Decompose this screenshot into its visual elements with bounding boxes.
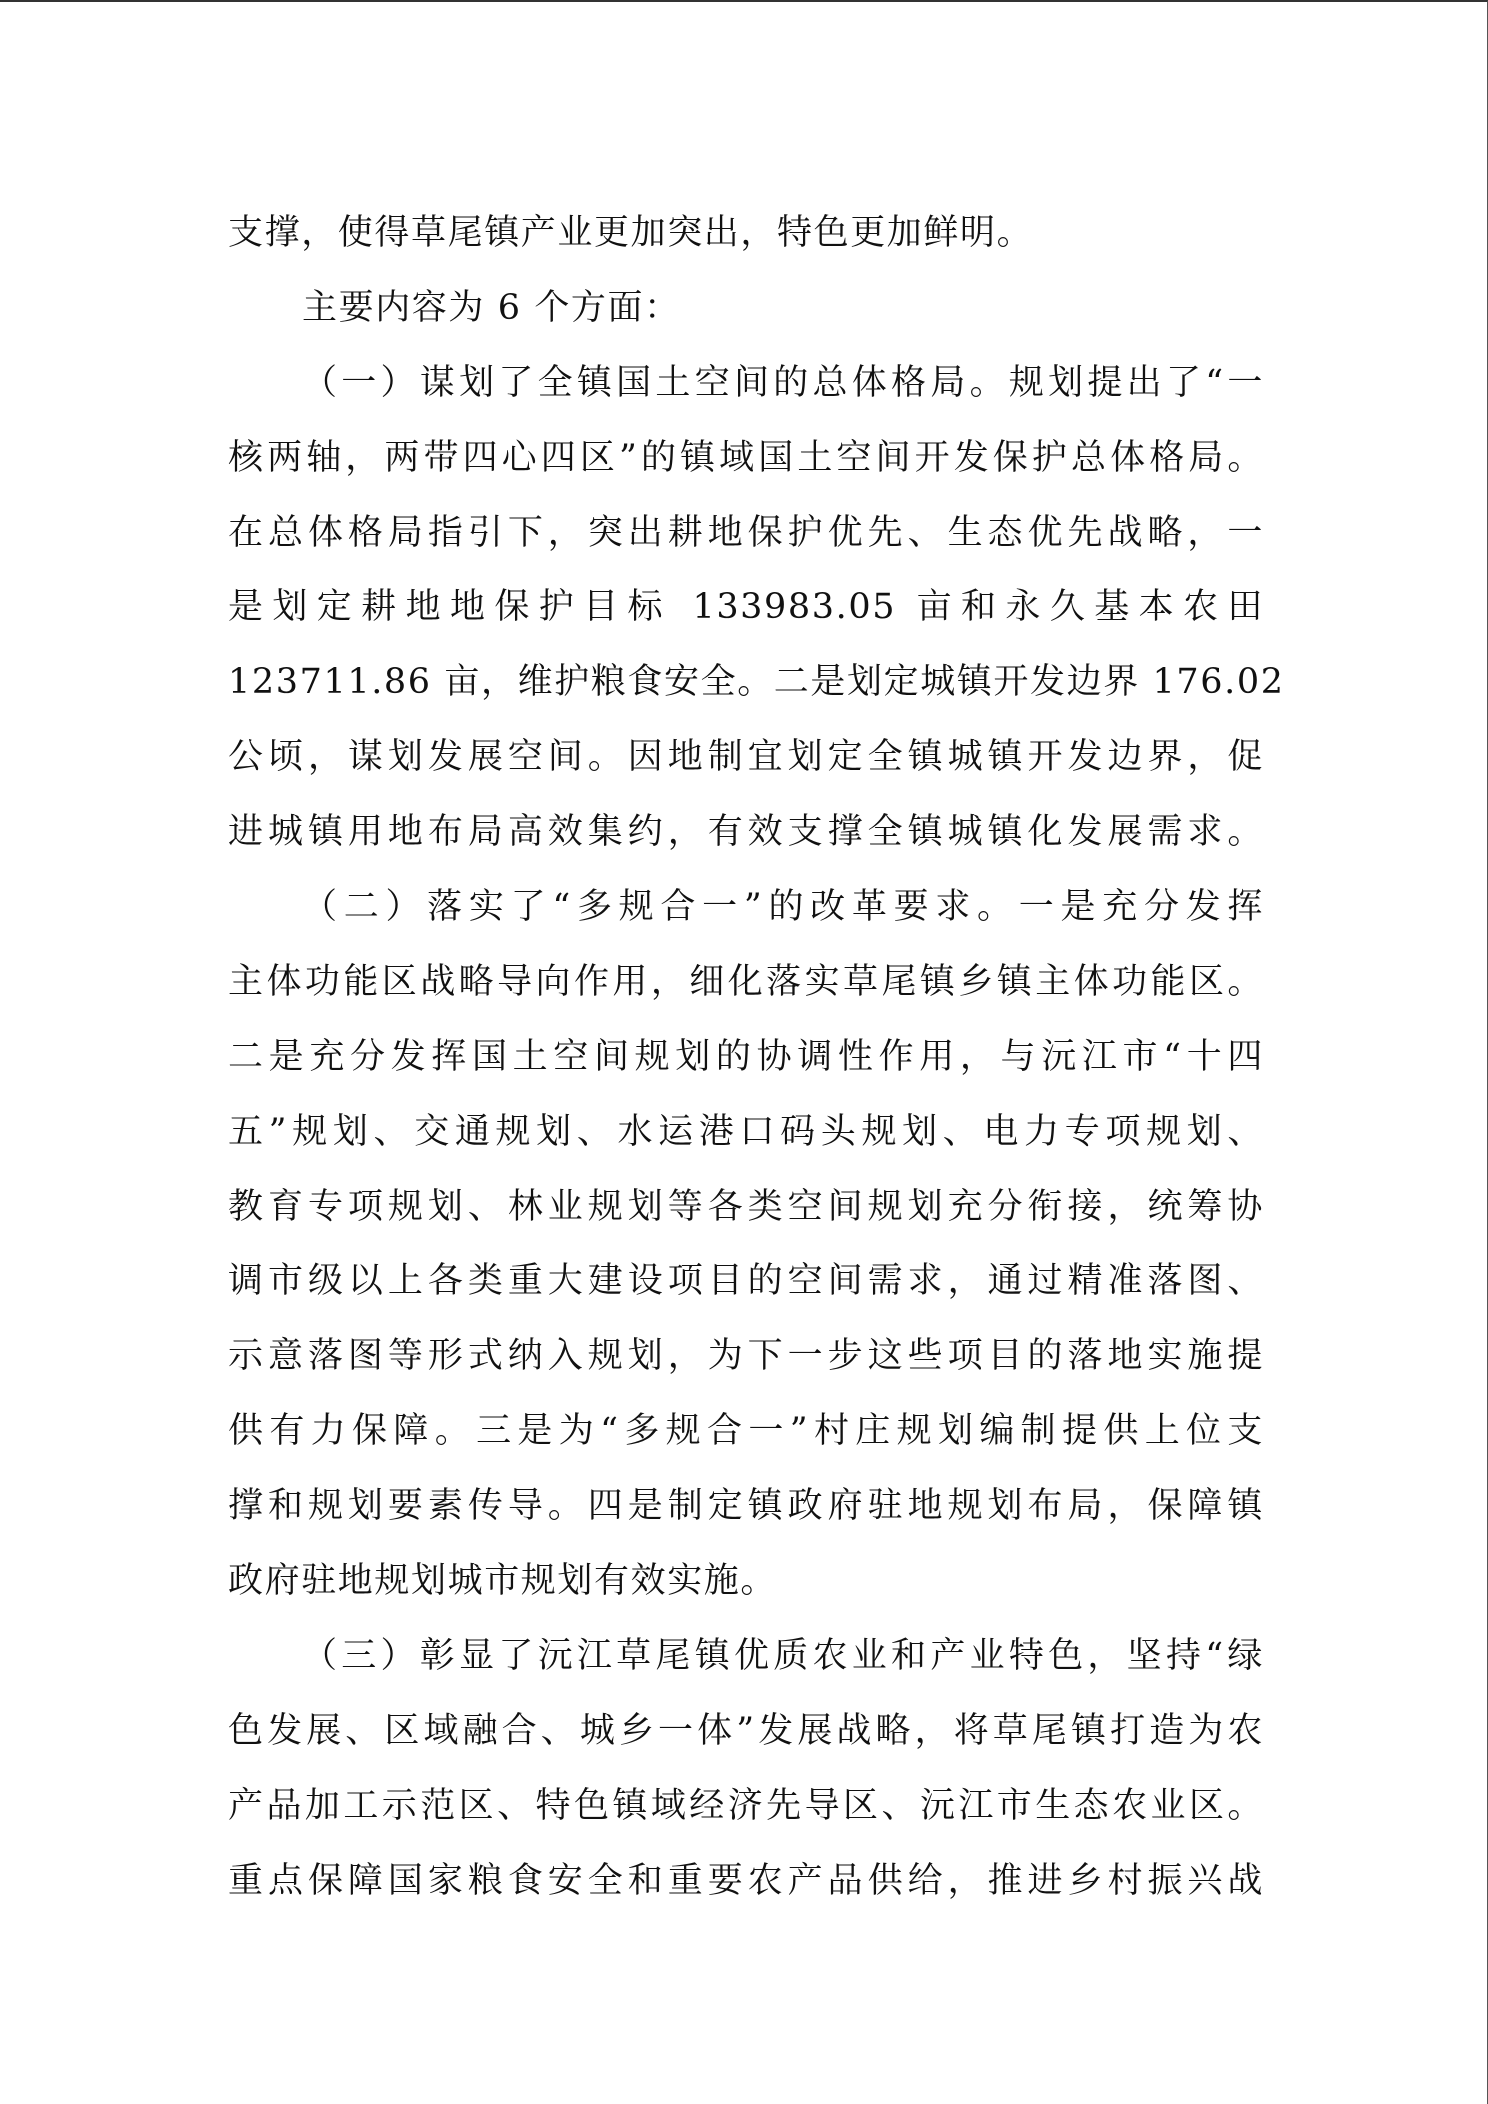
text-line: 主要内容为 6 个方面： xyxy=(228,271,1264,346)
text-line: 进城镇用地布局高效集约，有效支撑全镇城镇化发展需求。 xyxy=(228,795,1264,870)
document-page: 支撑，使得草尾镇产业更加突出，特色更加鲜明。 主要内容为 6 个方面： （一）谋… xyxy=(228,196,1264,1918)
text-line: 123711.86 亩，维护粮食安全。二是划定城镇开发边界 176.02 xyxy=(228,645,1264,720)
text-line: （一）谋划了全镇国土空间的总体格局。规划提出了“一 xyxy=(228,346,1264,421)
text-line: 教育专项规划、林业规划等各类空间规划充分衔接，统筹协 xyxy=(228,1170,1264,1245)
text-line: 五”规划、交通规划、水运港口码头规划、电力专项规划、 xyxy=(228,1095,1264,1170)
text-line: 在总体格局指引下，突出耕地保护优先、生态优先战略，一 xyxy=(228,496,1264,571)
text-line: （三）彰显了沅江草尾镇优质农业和产业特色，坚持“绿 xyxy=(228,1619,1264,1694)
text-line: 核两轴，两带四心四区”的镇域国土空间开发保护总体格局。 xyxy=(228,421,1264,496)
text-line: 产品加工示范区、特色镇域经济先导区、沅江市生态农业区。 xyxy=(228,1769,1264,1844)
text-line: 是划定耕地地保护目标 133983.05 亩和永久基本农田 xyxy=(228,570,1264,645)
text-line: 公顷，谋划发展空间。因地制宜划定全镇城镇开发边界，促 xyxy=(228,720,1264,795)
text-line: 调市级以上各类重大建设项目的空间需求，通过精准落图、 xyxy=(228,1244,1264,1319)
text-line: 支撑，使得草尾镇产业更加突出，特色更加鲜明。 xyxy=(228,196,1264,271)
text-line: 主体功能区战略导向作用，细化落实草尾镇乡镇主体功能区。 xyxy=(228,945,1264,1020)
text-line: 供有力保障。三是为“多规合一”村庄规划编制提供上位支 xyxy=(228,1394,1264,1469)
text-line: 色发展、区域融合、城乡一体”发展战略，将草尾镇打造为农 xyxy=(228,1694,1264,1769)
text-line: 重点保障国家粮食安全和重要农产品供给，推进乡村振兴战 xyxy=(228,1844,1264,1919)
text-line: 撑和规划要素传导。四是制定镇政府驻地规划布局，保障镇 xyxy=(228,1469,1264,1544)
text-line: （二）落实了“多规合一”的改革要求。一是充分发挥 xyxy=(228,870,1264,945)
text-line: 示意落图等形式纳入规划，为下一步这些项目的落地实施提 xyxy=(228,1319,1264,1394)
text-line: 政府驻地规划城市规划有效实施。 xyxy=(228,1544,1264,1619)
text-line: 二是充分发挥国土空间规划的协调性作用，与沅江市“十四 xyxy=(228,1020,1264,1095)
